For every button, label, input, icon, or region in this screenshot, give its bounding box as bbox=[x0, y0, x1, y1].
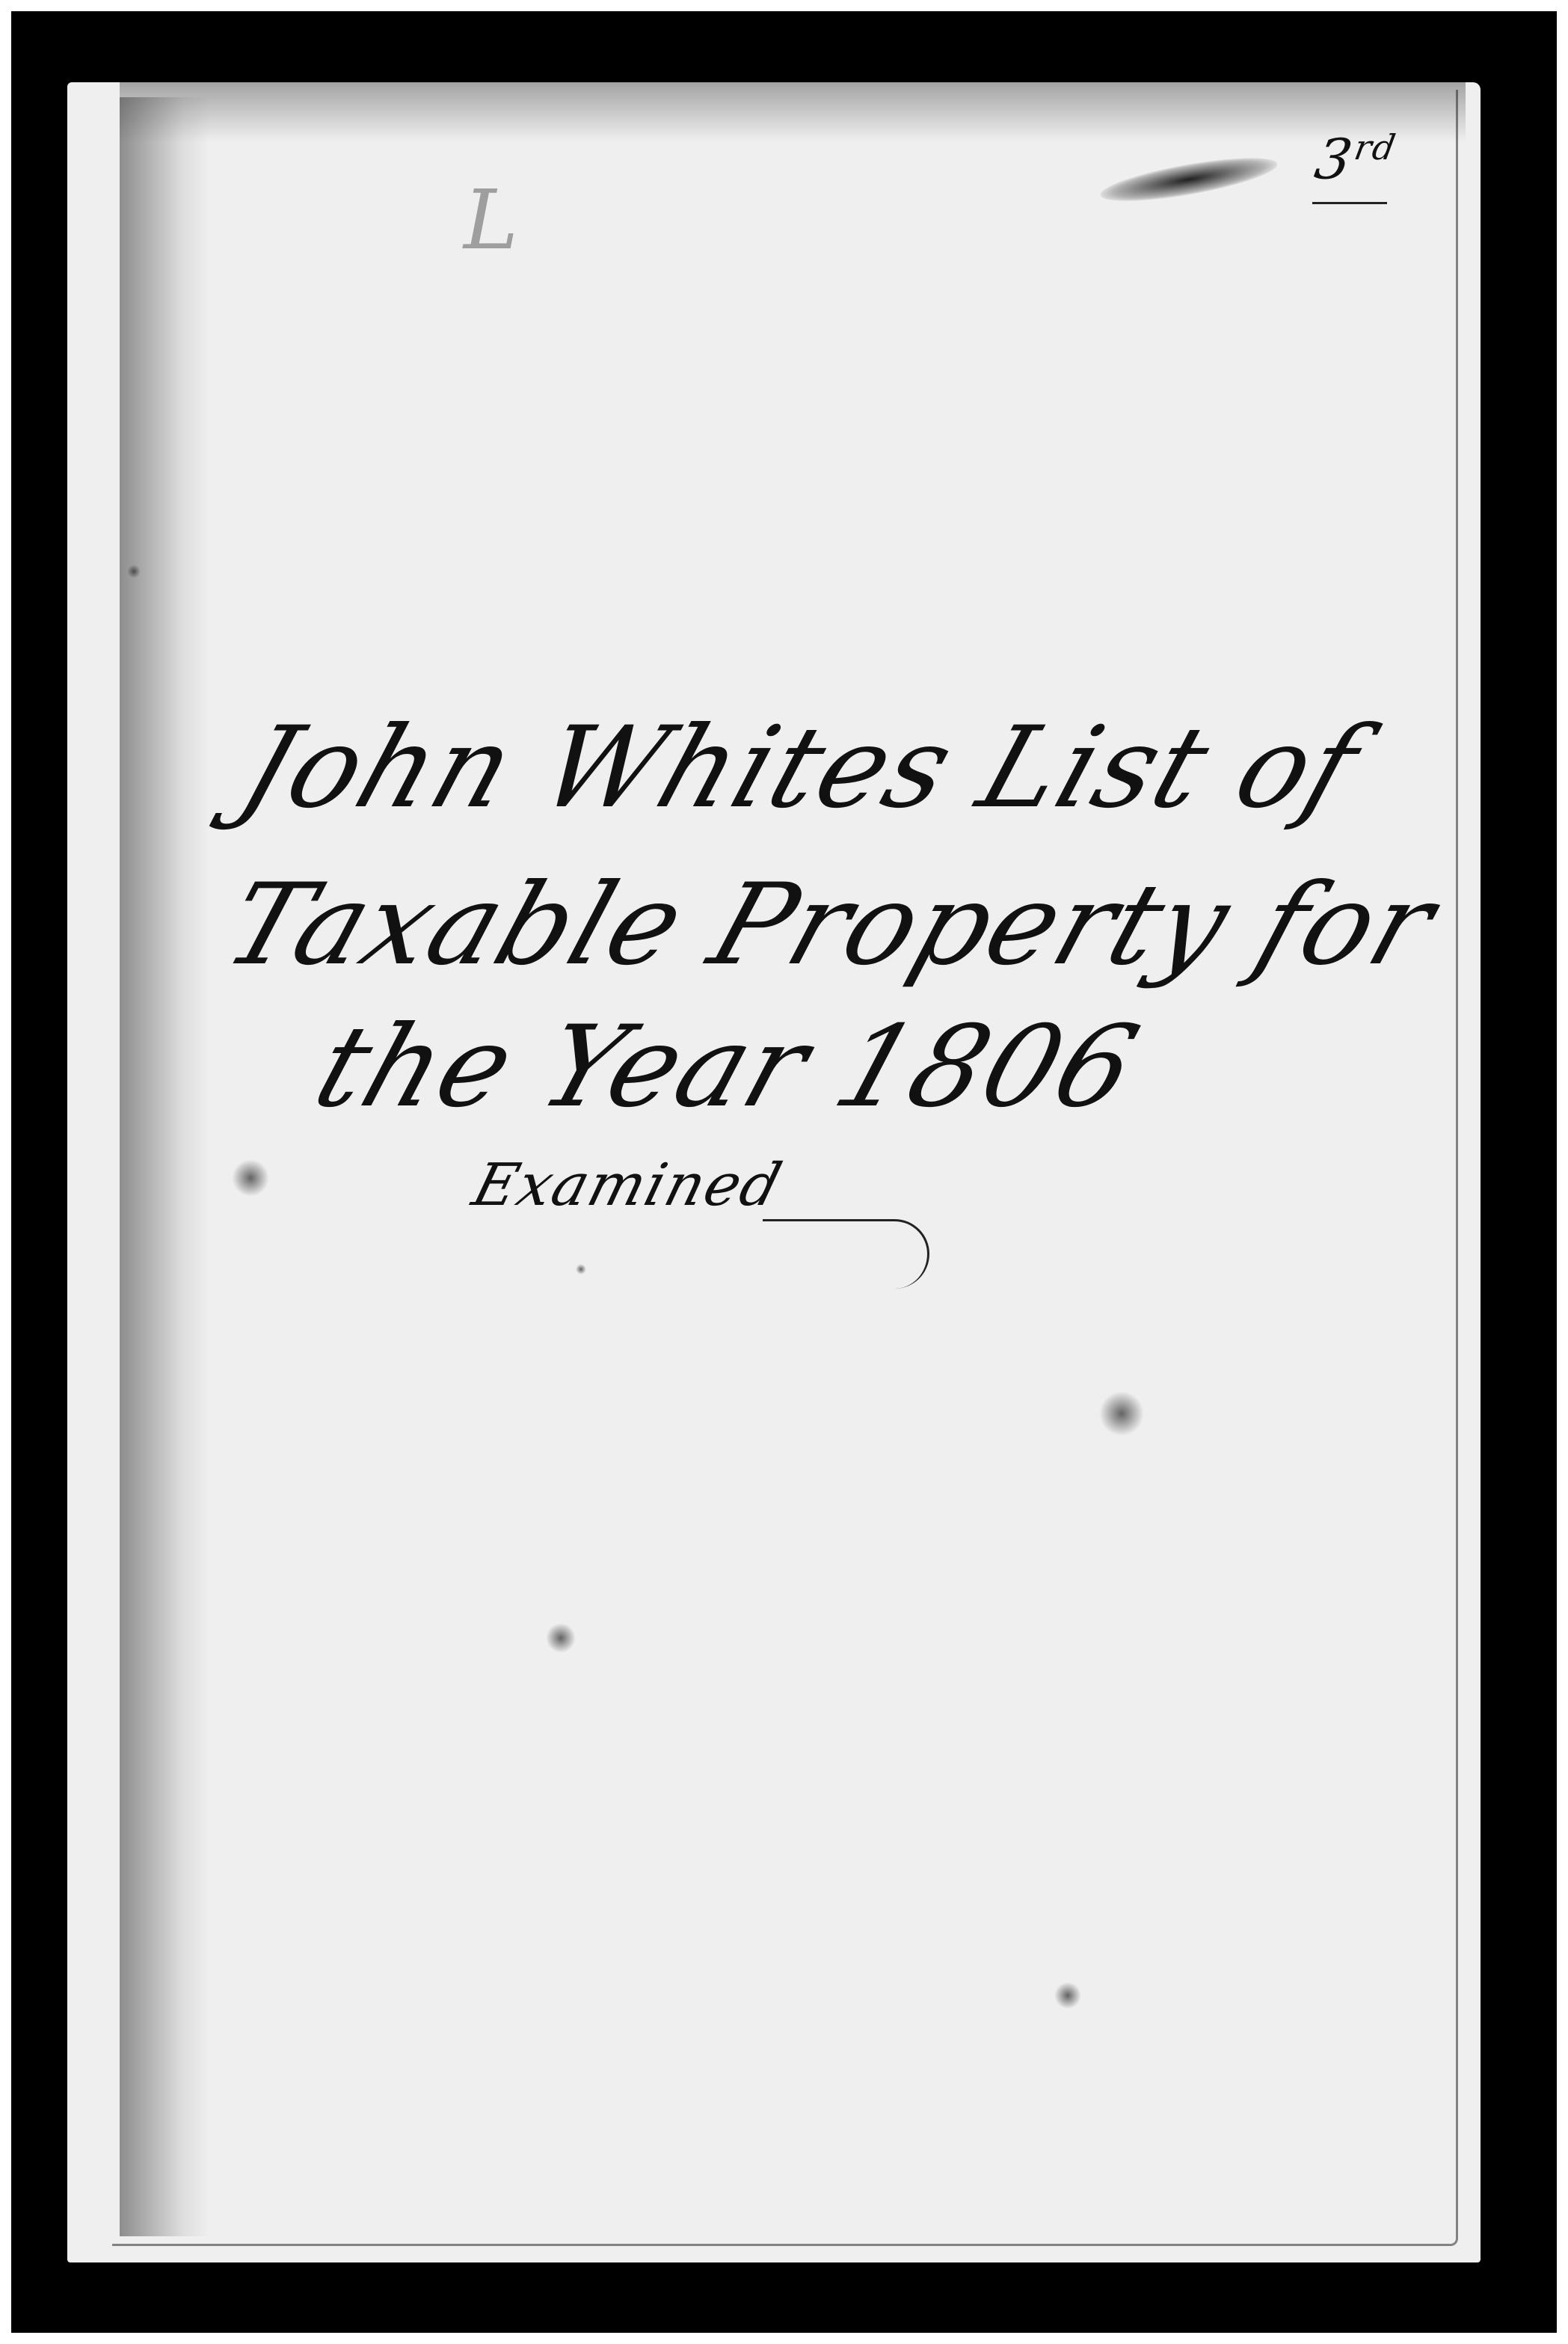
signature-flourish bbox=[763, 1219, 929, 1289]
title-line-2: Taxable Property for bbox=[211, 860, 1451, 990]
stain-spot bbox=[1054, 1982, 1081, 2009]
document-page: L 3rd John Whites List of Taxable Proper… bbox=[67, 82, 1481, 2262]
stain-spot bbox=[232, 1159, 269, 1197]
scan-frame: L 3rd John Whites List of Taxable Proper… bbox=[11, 11, 1557, 2333]
ink-dot bbox=[576, 1264, 586, 1274]
title-line-1: John Whites List of bbox=[226, 703, 1375, 833]
page-number-underline bbox=[1312, 202, 1387, 204]
stain-spot bbox=[1099, 1391, 1144, 1436]
faint-pencil-mark: L bbox=[464, 172, 520, 268]
stain-spot bbox=[546, 1623, 576, 1653]
ink-dot bbox=[127, 565, 141, 578]
examined-annotation: Examined bbox=[466, 1152, 790, 1219]
title-line-3: the Year 1806 bbox=[301, 1002, 1154, 1132]
page-number: 3rd bbox=[1310, 127, 1400, 192]
page-number-suffix: rd bbox=[1351, 127, 1400, 168]
